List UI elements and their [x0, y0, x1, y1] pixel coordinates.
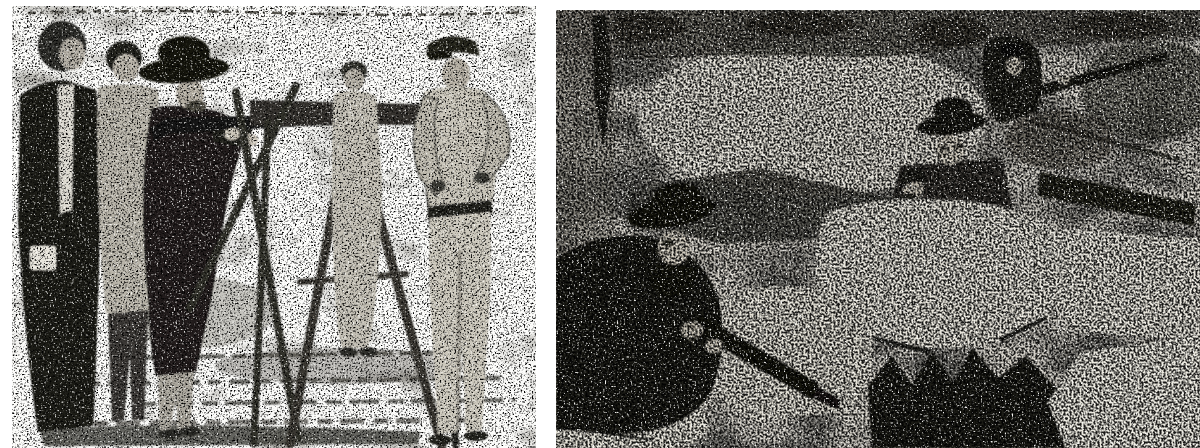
right-photo	[556, 10, 1200, 448]
photo-spread-canvas	[0, 0, 1200, 448]
left-photo-highlight-grain	[12, 6, 536, 448]
right-photo-highlight-grain	[556, 10, 1200, 448]
left-photo	[12, 6, 536, 448]
newspaper-photo-spread	[0, 0, 1200, 448]
